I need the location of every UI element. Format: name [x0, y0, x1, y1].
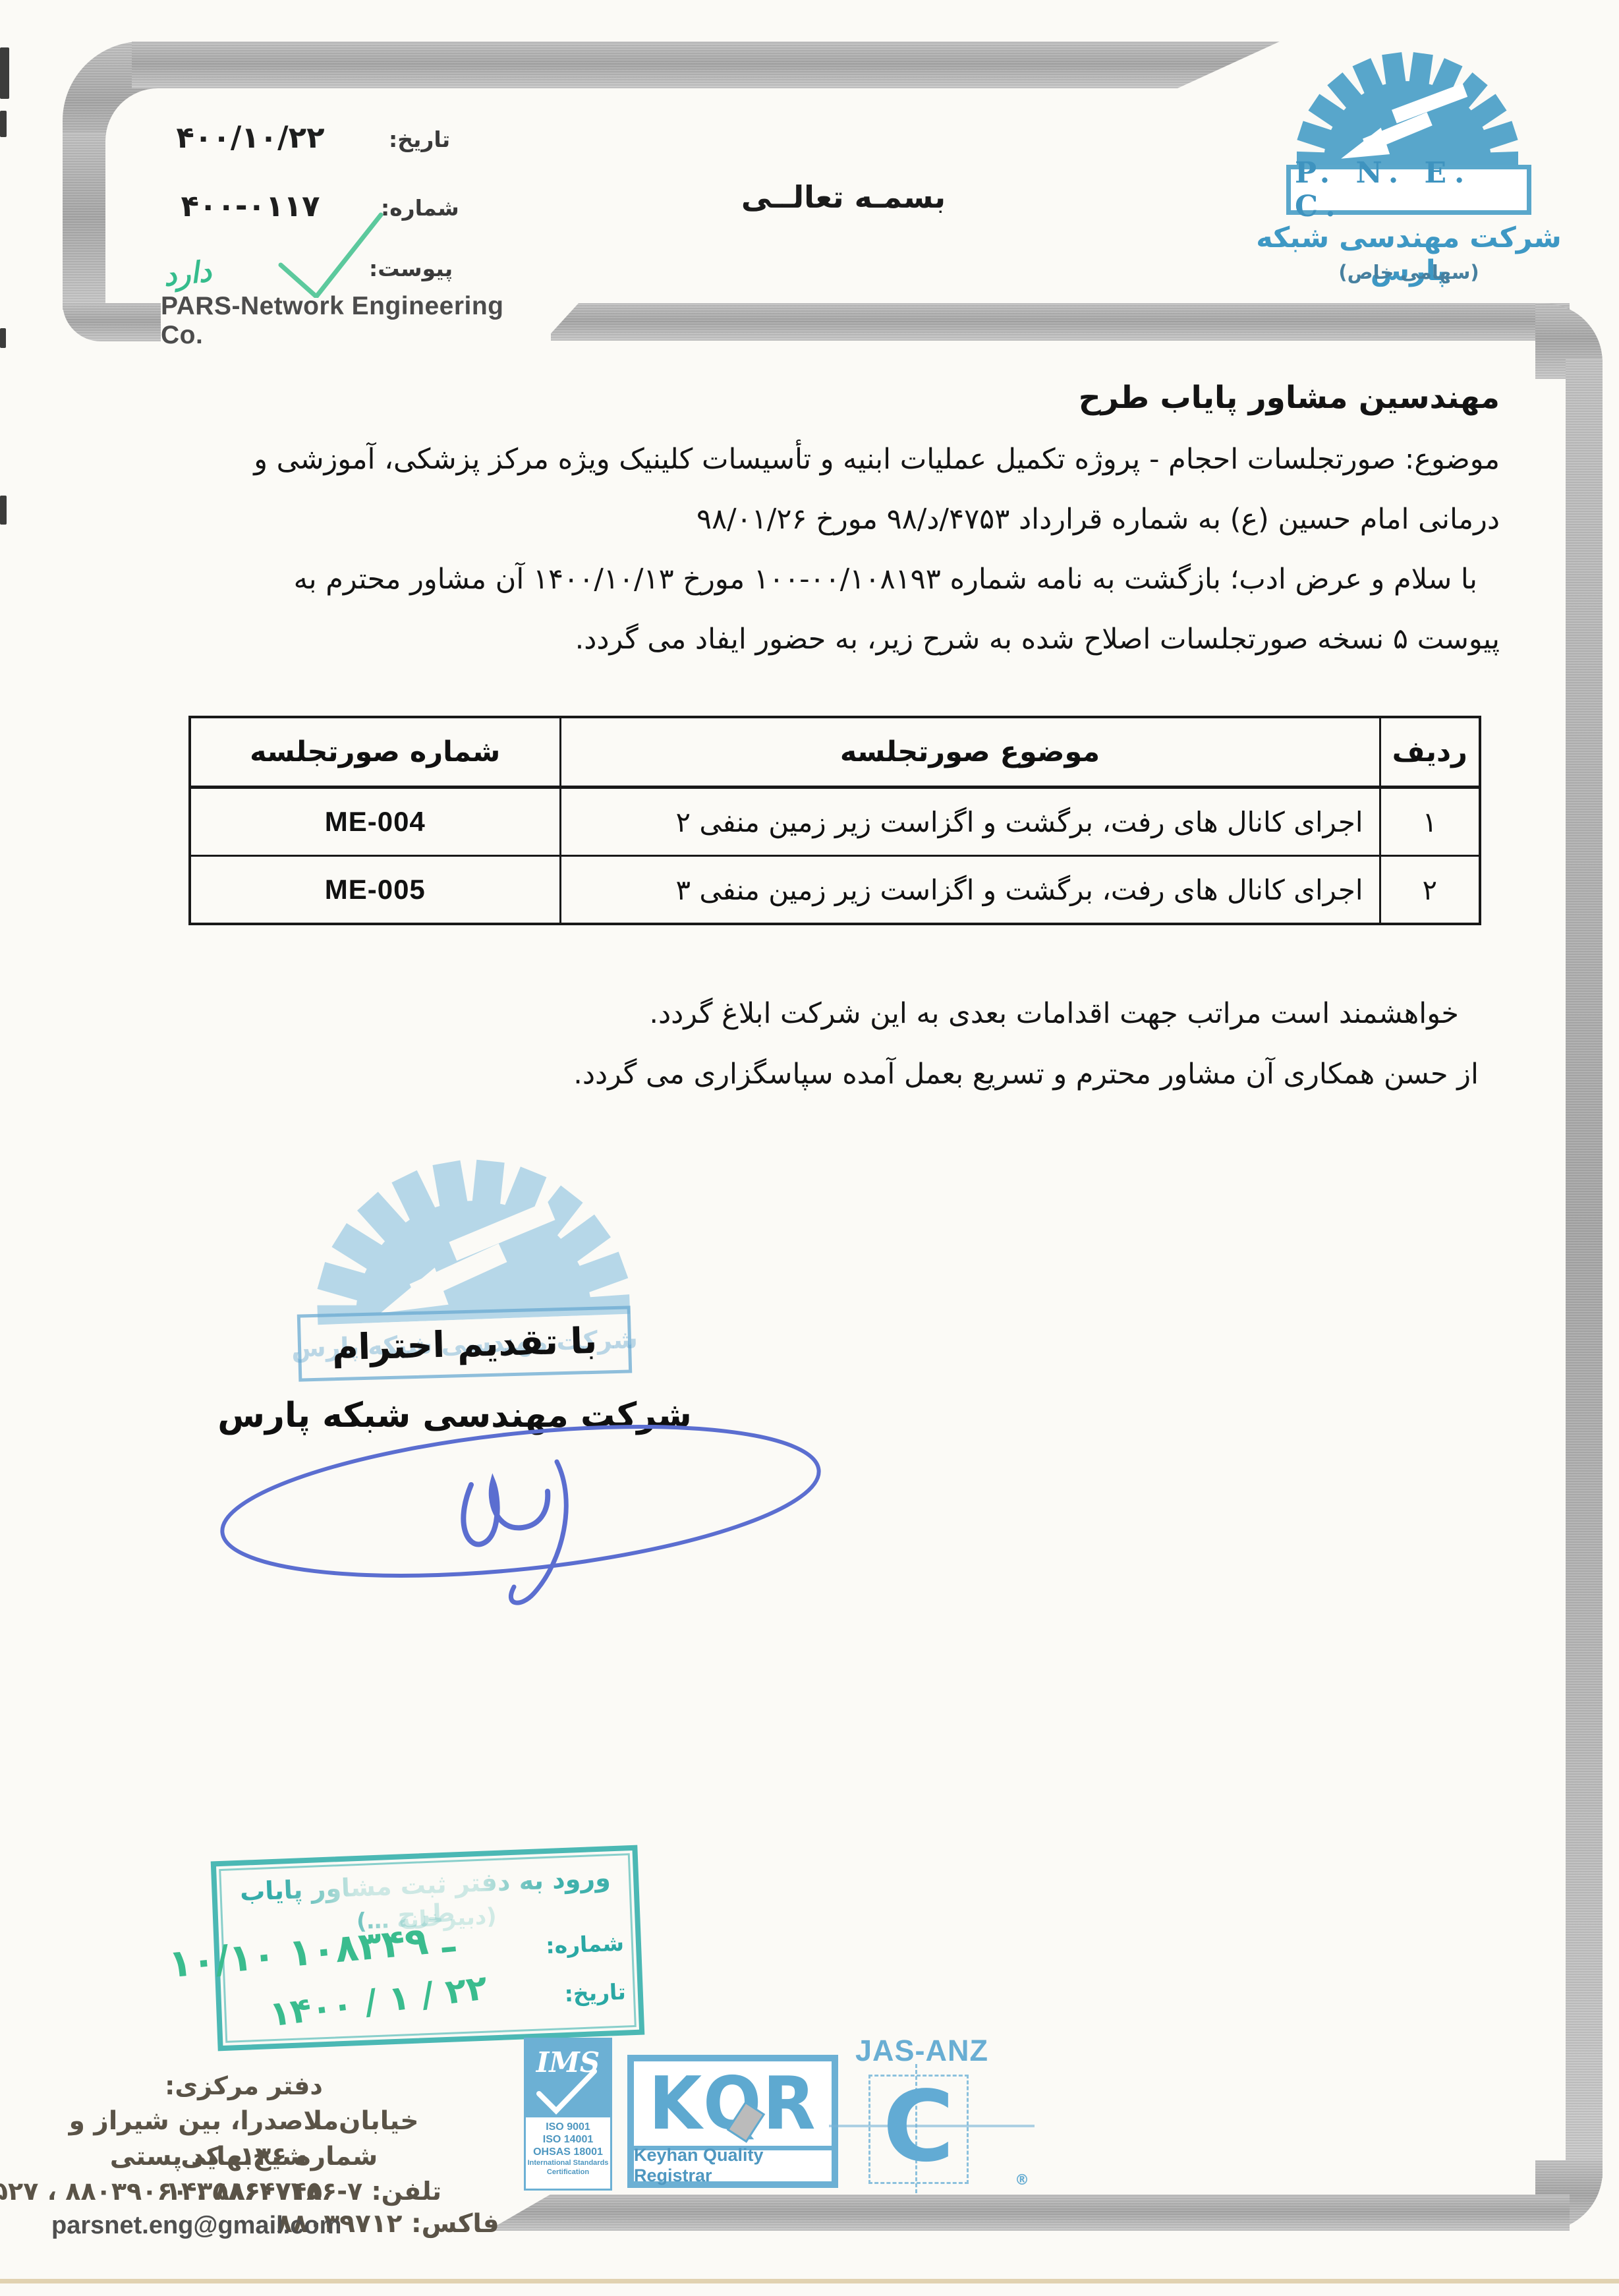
number-label: شماره:	[381, 195, 459, 221]
handwritten-signature	[188, 1383, 853, 1607]
ims-small-line: Certification	[526, 2167, 610, 2177]
frame-top-band	[132, 42, 1280, 88]
frame-middle-band	[544, 303, 1570, 341]
col-header-row-no: ردیف	[1380, 717, 1480, 788]
closing-line-1: خواهشمند است مراتب جهت اقدامات بعدی به ا…	[92, 983, 1489, 1044]
frame-left-bar	[63, 132, 105, 310]
table-header-row: ردیف موضوع صورتجلسه شماره صورتجلسه	[190, 717, 1480, 788]
cell-minutes-no: ME-005	[190, 856, 560, 925]
respect-text: با تقدیم احترام	[300, 1309, 629, 1379]
company-name-en: PARS-Network Engineering Co.	[161, 292, 551, 350]
col-header-minutes-no: شماره صورتجلسه	[190, 717, 560, 788]
date-label: تاریخ:	[389, 127, 450, 152]
scan-artifact	[0, 496, 7, 525]
jas-anz-dashed-box: C	[868, 2075, 969, 2184]
scan-artifact	[0, 328, 6, 348]
ims-logo-blue-box: IMS	[526, 2040, 610, 2117]
paragraph-line-2: پیوست ۵ نسخه صورتجلسات اصلاح شده به شرح …	[92, 610, 1500, 670]
ims-certification-logo: IMS ISO 9001 ISO 14001 OHSAS 18001 Inter…	[524, 2038, 612, 2191]
ims-iso-line: ISO 9001	[526, 2121, 610, 2133]
jas-anz-title: JAS-ANZ	[855, 2034, 988, 2068]
jas-anz-c-letter: C	[883, 2078, 955, 2175]
kqr-caption: Keyhan Quality Registrar	[634, 2146, 832, 2181]
cell-row-no: ۱	[1380, 788, 1480, 856]
recipient-line: مهندسین مشاور پایاب طرح	[92, 366, 1500, 430]
footer-address-block: دفتر مرکزی: خیابان‌ملاصدرا، بین شیراز و …	[46, 2068, 441, 2209]
phone-line: تلفن: ۷-۸۸۶۰۷۱۸۶ ، ۸۸۰۳۹۰۶۰ ، ۸۸۰۴۷۵۲۷	[46, 2174, 441, 2209]
frame-right-bar	[1566, 359, 1603, 2178]
kqr-acronym: KQR	[634, 2059, 832, 2148]
besmeleh-heading: بسمـه تعالــی	[652, 179, 1035, 215]
paragraph-line-1: با سلام و عرض ادب؛ بازگشت به نامه شماره …	[92, 550, 1500, 610]
company-gear-lightning-logo-icon	[1297, 50, 1518, 165]
scan-bottom-edge	[0, 2279, 1619, 2283]
pnec-acronym-box: P. N. E. C.	[1286, 165, 1531, 215]
cell-minutes-no: ME-004	[190, 788, 560, 856]
office-title: دفتر مرکزی:	[46, 2068, 441, 2104]
date-value: ۴۰۰/۱۰/۲۲	[155, 120, 346, 155]
frame-bottom-band	[488, 2195, 1570, 2231]
closing-line-2: از حسن همکاری آن مشاور محترم و تسریع بعم…	[92, 1044, 1489, 1105]
registry-entry-stamp: ورود به دفتر ثبت مشاور پایاب طرح (دبیرخا…	[211, 1845, 645, 2052]
jas-anz-registered-mark: ®	[1015, 2172, 1029, 2189]
stamp-date-label: تاریخ:	[564, 1979, 627, 2007]
letter-body: مهندسین مشاور پایاب طرح موضوع: صورتجلسات…	[92, 366, 1500, 670]
table-row: ۱ اجرای کانال های رفت، برگشت و اگزاست زی…	[190, 788, 1480, 856]
address-line-1: خیابان‌ملاصدرا، بین شیراز و شیخ‌بهایی	[46, 2104, 441, 2139]
respect-stamp-box: شرکت مهندسی شبکه پارس با تقدیم احترام	[297, 1306, 632, 1381]
closing-block: خواهشمند است مراتب جهت اقدامات بعدی به ا…	[92, 983, 1489, 1105]
scanned-letter-page: تاریخ: ۴۰۰/۱۰/۲۲ شماره: ۴۰۰-۰۱۱۷ پیوست: …	[0, 0, 1619, 2296]
ims-iso-line: ISO 14001	[526, 2133, 610, 2146]
table-row: ۲ اجرای کانال های رفت، برگشت و اگزاست زی…	[190, 856, 1480, 925]
attachment-handwritten-note: دارد	[162, 254, 213, 293]
company-type-fa: (سهامی خاص)	[1252, 261, 1566, 283]
subject-line-1: موضوع: صورتجلسات احجام - پروژه تکمیل عمل…	[92, 430, 1500, 490]
subject-line-2: درمانی امام حسین (ع) به شماره قرارداد ۴۷…	[92, 490, 1500, 550]
address-line-2: شماره ۱۳۶، کد پستی ۱۴۳۵۸۶۴۷۴۵	[46, 2139, 441, 2174]
company-stamp-gear-icon	[312, 1152, 630, 1325]
col-header-subject: موضوع صورتجلسه	[560, 717, 1380, 788]
cell-subject: اجرای کانال های رفت، برگشت و اگزاست زیر …	[560, 856, 1380, 925]
ims-iso-line: OHSAS 18001	[526, 2146, 610, 2158]
cell-subject: اجرای کانال های رفت، برگشت و اگزاست زیر …	[560, 788, 1380, 856]
email-address: parsnet.eng@gmail.com	[51, 2212, 341, 2240]
pnec-acronym: P. N. E. C.	[1291, 156, 1527, 223]
minutes-table: ردیف موضوع صورتجلسه شماره صورتجلسه ۱ اجر…	[188, 716, 1481, 925]
kqr-certification-logo: KQR Keyhan Quality Registrar	[627, 2055, 838, 2188]
ims-checkmark-icon	[534, 2067, 600, 2116]
scan-artifact	[0, 47, 9, 99]
scan-artifact	[0, 111, 7, 137]
ims-small-line: International Standards	[526, 2158, 610, 2167]
stamp-number-label: شماره:	[546, 1930, 625, 1959]
company-name-en-box: PARS-Network Engineering Co.	[161, 298, 551, 344]
cell-row-no: ۲	[1380, 856, 1480, 925]
